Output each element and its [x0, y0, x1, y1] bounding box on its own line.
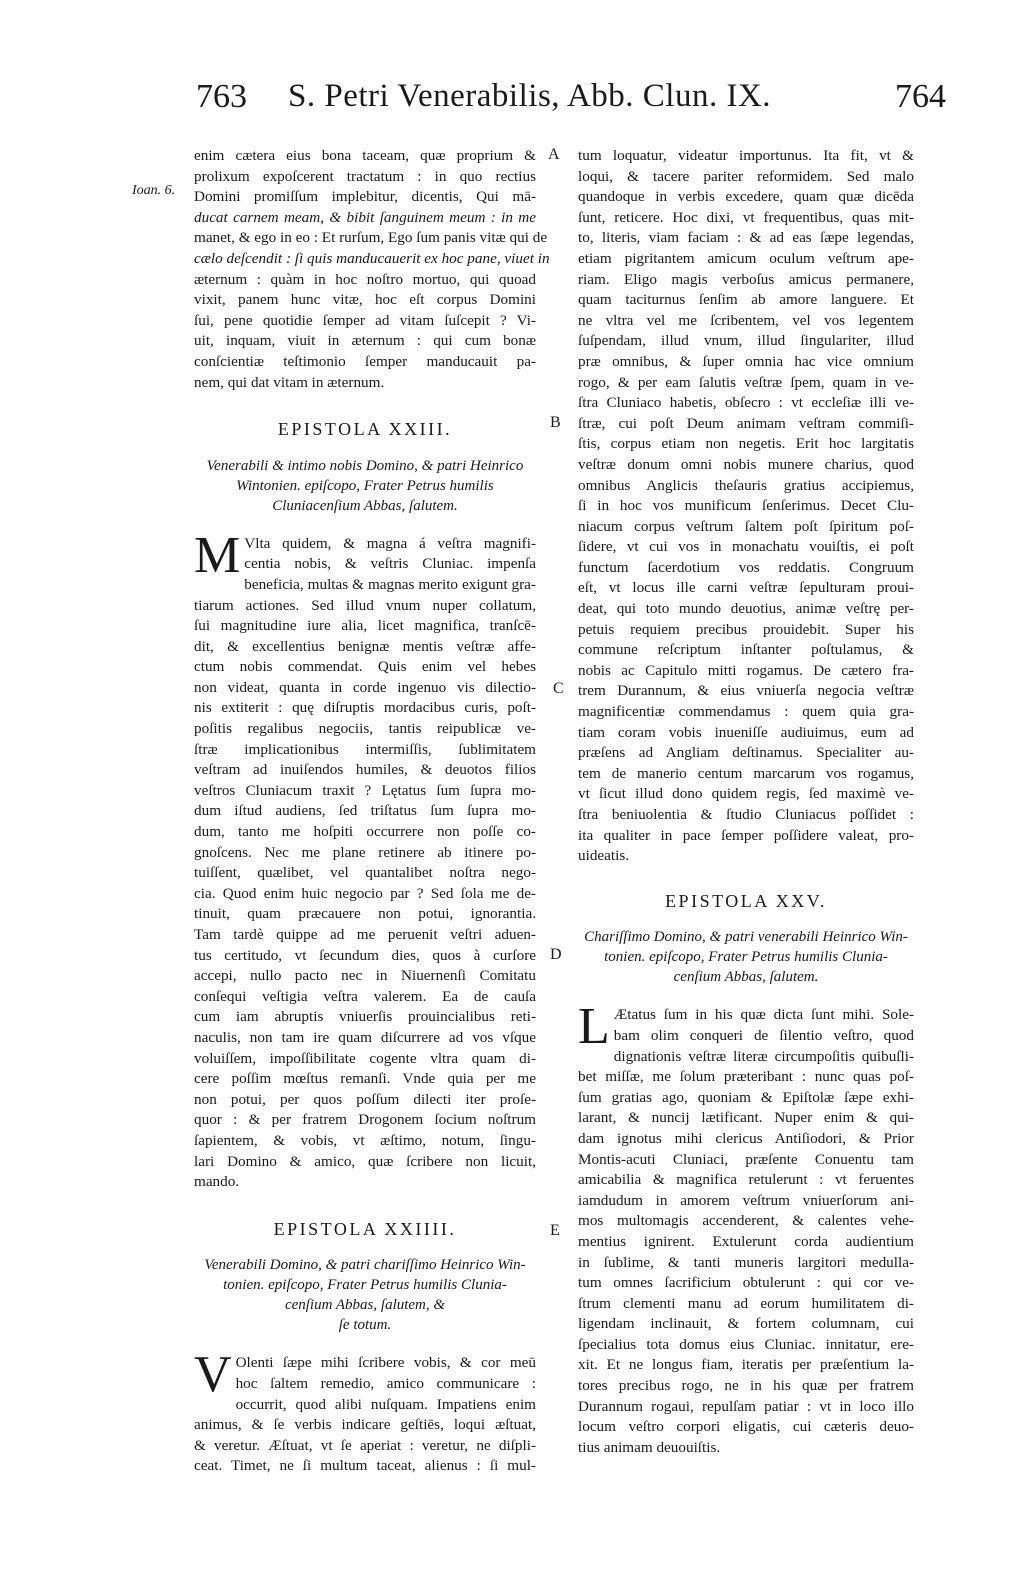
text-line: conſcientiæ teſtimonio ſemper manducauit…	[194, 352, 536, 373]
text-line: cælo deſcendit : ſi quis manducauerit ex…	[194, 249, 536, 270]
text-line: ſuſpendam, illud vnum, illud ſingularite…	[578, 331, 914, 352]
right-column: tum loquatur, videatur importunus. Ita f…	[578, 146, 914, 1458]
text-line: dum iſtud audiens, ſed triſtatus ſum ſup…	[194, 801, 536, 822]
text-line: cere poſſim mœſtus remanſi. Vnde quia pe…	[194, 1069, 536, 1090]
salutation-line: cenſium Abbas, ſalutem, &	[194, 1295, 536, 1315]
text-line: Durannum rogaui, repulſam patiar : vt in…	[578, 1397, 914, 1418]
text-line: bet miſſæ, me ſolum præteribant : nunc q…	[578, 1067, 914, 1088]
text-line: Montis-acuti Cluniaci, præſente Conuentu…	[578, 1150, 914, 1171]
text-line: ſapientem, & vobis, vt æſtimo, notum, ſi…	[194, 1131, 536, 1152]
epistola-24-salutation: Venerabili Domino, & patri chariſſimo He…	[194, 1255, 536, 1335]
text-line: hoc ſaltem remedio, amico communicare :	[194, 1374, 536, 1395]
salutation-line: tonien. epiſcopo, Frater Petrus humilis …	[194, 1275, 536, 1295]
text-line: tius animam deuouiſtis.	[578, 1438, 914, 1459]
text-line: amicabilia & magnifica retulerunt : vt f…	[578, 1170, 914, 1191]
text-line: naculis, non tam ire quam diſcurrere ad …	[194, 1028, 536, 1049]
text-line: ſui magnitudine iure alia, licet magnifi…	[194, 616, 536, 637]
text-line: vt ſicut illud dono quidem regis, ſed ma…	[578, 784, 914, 805]
text-line: mos multomagis accenderent, & calentes v…	[578, 1211, 914, 1232]
text-line: dit, & excellentius benignæ mentis veſtr…	[194, 637, 536, 658]
text-line: præ omnibus, & ſuper omnia hac vice omni…	[578, 352, 914, 373]
text-line: lari Domino & amico, quæ ſcribere non li…	[194, 1152, 536, 1173]
text-line: nobis ac Capitulo mitti rogamus. De cæte…	[578, 661, 914, 682]
continuation-paragraph: enim cætera eius bona taceam, quæ propri…	[194, 146, 536, 393]
text-line: nis extiterit : quę diſruptis mordacibus…	[194, 698, 536, 719]
text-line: bam olim conqueri de ſilentio veſtro, qu…	[578, 1026, 914, 1047]
text-line: voluiſſem, impoſſibilitate cogente vltra…	[194, 1049, 536, 1070]
text-line: ne vltra vel me ſcribentem, vel vos lege…	[578, 311, 914, 332]
text-line: dignationis veſtræ literæ circumpoſitis …	[578, 1047, 914, 1068]
text-line: petuis requiem precibus prouidebit. Supe…	[578, 620, 914, 641]
salutation-line: tonien. epiſcopo, Frater Petrus humilis …	[578, 947, 914, 967]
text-line: tinuit, quam præcauere non potui, ignora…	[194, 904, 536, 925]
text-line: niacum corpus veſtrum ſaltem poſt ſpirit…	[578, 517, 914, 538]
text-line: centia nobis, & veſtris Cluniac. impenſa	[194, 554, 536, 575]
text-line: loqui, & tacere pariter reformidem. Sed …	[578, 167, 914, 188]
text-line: ctum nobis commendat. Quis enim vel hebe…	[194, 657, 536, 678]
text-line: ligendam inclinauit, & fortem columnam, …	[578, 1314, 914, 1335]
text-line: gnoſcens. Nec me plane retinere ab itine…	[194, 843, 536, 864]
drop-cap: L	[578, 1007, 610, 1047]
text-line: tum loquatur, videatur importunus. Ita f…	[578, 146, 914, 167]
text-line: prolixum expoſcerent tractatum : in quo …	[194, 167, 536, 188]
text-line: Domini promiſſum implebitur, dicentis, Q…	[194, 187, 536, 208]
text-line: ita qualiter in pace ſemper poſſidere va…	[578, 826, 914, 847]
epistola-23-body: M Vlta quidem, & magna á veſtra magnifi-…	[194, 534, 536, 1193]
text-line: etiam pigritantem amicum oculum veſtrum …	[578, 249, 914, 270]
text-line: mentius ignirent. Extulerunt corda audie…	[578, 1232, 914, 1253]
page-number-right: 764	[895, 78, 946, 116]
margin-note-scripture-ref: Ioan. 6.	[132, 183, 175, 199]
text-line: tiam coram vobis inueniſſe audiuimus, eu…	[578, 723, 914, 744]
text-line: ſum gratias ago, quoniam & Epiſtolæ ſæpe…	[578, 1088, 914, 1109]
section-marker-a: A	[548, 146, 560, 164]
salutation-line: Wintonien. epiſcopo, Frater Petrus humil…	[194, 476, 536, 496]
page-header: 763 S. Petri Venerabilis, Abb. Clun. IX.…	[0, 78, 1024, 128]
section-marker-c: C	[553, 680, 564, 698]
text-line: cia. Quod enim huic negocio par ? Sed ſo…	[194, 884, 536, 905]
text-line: rogo, & per eam ſalutis veſtræ ſpem, qua…	[578, 373, 914, 394]
text-line: quam taciturnus ſenſim ab amore languere…	[578, 290, 914, 311]
text-line: to, literis, viam faciam : & ad eas ſæpe…	[578, 228, 914, 249]
text-line: in ſublime, & tanti muneris largitori me…	[578, 1253, 914, 1274]
continuation-paragraph: tum loquatur, videatur importunus. Ita f…	[578, 146, 914, 867]
text-line: functum ſacerdotium vos reddatis. Congru…	[578, 558, 914, 579]
text-line: nem, qui dat vitam in æternum.	[194, 373, 536, 394]
text-line: veſtræ donum omni nobis munere charius, …	[578, 455, 914, 476]
text-line: tum omnes ſacrificium obtulerunt : qui c…	[578, 1273, 914, 1294]
text-line: accepi, nullo pacto nec in Niuernenſi Co…	[194, 966, 536, 987]
text-line: commune reſcriptum inſtanter poſtulamus,…	[578, 640, 914, 661]
text-line: ſtis, corpus etiam non negetis. Erit hoc…	[578, 434, 914, 455]
text-line: Olenti ſæpe mihi ſcribere vobis, & cor m…	[194, 1353, 536, 1374]
text-line: ſui, pene quotidie ſemper ad vitam ſuſce…	[194, 311, 536, 332]
left-column: enim cætera eius bona taceam, quæ propri…	[194, 146, 536, 1477]
text-line: conſequi veſtigia veſtra valerem. Ea de …	[194, 987, 536, 1008]
text-line: uideatis.	[578, 846, 914, 867]
text-line: deat, qui toto mundo deuotius, animæ veſ…	[578, 599, 914, 620]
salutation-line: ſe totum.	[194, 1315, 536, 1335]
text-line: ſidere, vt cui vos in monachatu vouiſtis…	[578, 537, 914, 558]
text-line: ceat. Timet, ne ſi multum taceat, alienu…	[194, 1456, 536, 1477]
text-line: ſi in hoc vos munificum ſenſerimus. Dece…	[578, 496, 914, 517]
text-line: dam ignotus mihi clericus Antiſiodori, &…	[578, 1129, 914, 1150]
epistola-25-salutation: Chariſſimo Domino, & patri venerabili He…	[578, 927, 914, 987]
text-line: tores precibus rogo, ne in his quæ per f…	[578, 1376, 914, 1397]
epistola-23-heading: EPISTOLA XXIII.	[194, 419, 536, 440]
epistola-24-heading: EPISTOLA XXIIII.	[194, 1219, 536, 1240]
text-line: riam. Eligo magis verboſus amicus perman…	[578, 270, 914, 291]
text-line: Vlta quidem, & magna á veſtra magnifi-	[194, 534, 536, 555]
text-line: enim cætera eius bona taceam, quæ propri…	[194, 146, 536, 167]
text-line: tem de manerio centum marcarum vos rogam…	[578, 764, 914, 785]
text-line: cum iam abruptis vniuerſis prouincialibu…	[194, 1007, 536, 1028]
text-line: veſtram ad inuiſendos humiles, & deuotos…	[194, 760, 536, 781]
epistola-24-body: V Olenti ſæpe mihi ſcribere vobis, & cor…	[194, 1353, 536, 1477]
text-line: omnibus Anglicis theſauris gratius accip…	[578, 476, 914, 497]
text-line: non potui, per quos poſſum dilecti iter …	[194, 1090, 536, 1111]
text-line: præſens ad Angliam deſtinamus. Specialit…	[578, 743, 914, 764]
text-line: beneficia, multas & magnas merito exigun…	[194, 575, 536, 596]
text-line: non videat, quanta in corde ingenuo vis …	[194, 678, 536, 699]
text-line: iamdudum in amorem veſtrum vniuerſorum a…	[578, 1191, 914, 1212]
text-line: occurrit, quod alibi nuſquam. Impatiens …	[194, 1395, 536, 1416]
salutation-line: cenſium Abbas, ſalutem.	[578, 967, 914, 987]
text-line: manet, & ego in eo : Et rurſum, Ego ſum …	[194, 228, 536, 249]
text-line: Tam tardè quippe ad me peruenit veſtri a…	[194, 925, 536, 946]
text-line: ſtrum clementi manu ad eorum humilitatem…	[578, 1294, 914, 1315]
text-line: uit, inquam, viuit in æternum : qui cum …	[194, 331, 536, 352]
text-line: poſitis regalibus negociis, tantis reipu…	[194, 719, 536, 740]
text-line: tiarum actiones. Sed illud vnum nuper co…	[194, 596, 536, 617]
section-marker-d: D	[550, 946, 562, 964]
section-marker-b: B	[550, 414, 561, 432]
text-line: ſtræ implicationibus intermiſſis, ſublim…	[194, 740, 536, 761]
epistola-25-body: L Ætatus ſum in his quæ dicta ſunt mihi.…	[578, 1005, 914, 1458]
text-line: magnificentiæ commendamus : quem quia gr…	[578, 702, 914, 723]
text-line: ſpecialius tota domus eius Cluniac. inni…	[578, 1335, 914, 1356]
text-line: ſtra Cluniaco habetis, obſecro : vt eccl…	[578, 393, 914, 414]
text-line: & veretur. Æſtuat, vt ſe aperiat : veret…	[194, 1436, 536, 1457]
drop-cap: V	[194, 1355, 232, 1395]
text-line: larant, & nuncij lætificant. Nuper enim …	[578, 1108, 914, 1129]
salutation-line: Cluniacenſium Abbas, ſalutem.	[194, 496, 536, 516]
drop-cap: M	[194, 536, 240, 576]
text-line: æternum : quàm in hoc noſtro mortuo, qui…	[194, 270, 536, 291]
text-line: animus, & ſe verbis indicare geſtiēs, lo…	[194, 1415, 536, 1436]
text-line: locum veſtro corpori eligatis, cui cæter…	[578, 1417, 914, 1438]
text-line: tus certitudo, vt ſecundum dies, quos à …	[194, 946, 536, 967]
text-line: ſtra beniuolentia & ſtudio Cluniacus poſ…	[578, 805, 914, 826]
text-line: trem Durannum, & eius vniuerſa negocia v…	[578, 681, 914, 702]
section-marker-e: E	[550, 1222, 560, 1240]
salutation-line: Venerabili Domino, & patri chariſſimo He…	[194, 1255, 536, 1275]
text-line: quandoque in verbis excedere, quam quæ d…	[578, 187, 914, 208]
text-line: quor : & per fratrem Drogonem ſocium noſ…	[194, 1110, 536, 1131]
text-line: veſtros Cluniacum traxit ? Lętatus ſum ſ…	[194, 781, 536, 802]
text-line: ducat carnem meam, & bibit ſanguinem meu…	[194, 208, 536, 229]
salutation-line: Venerabili & intimo nobis Domino, & patr…	[194, 456, 536, 476]
text-line: Ætatus ſum in his quæ dicta ſunt mihi. S…	[578, 1005, 914, 1026]
epistola-25-heading: EPISTOLA XXV.	[578, 891, 914, 912]
salutation-line: Chariſſimo Domino, & patri venerabili He…	[578, 927, 914, 947]
page-number-left: 763	[196, 78, 247, 116]
text-line: eſt, vt locus ille carni veſtræ ſepultur…	[578, 578, 914, 599]
text-line: vixit, panem hunc vitæ, hoc eſt corpus D…	[194, 290, 536, 311]
text-line: mando.	[194, 1172, 536, 1193]
epistola-23-salutation: Venerabili & intimo nobis Domino, & patr…	[194, 456, 536, 516]
running-title: S. Petri Venerabilis, Abb. Clun. IX.	[288, 78, 771, 115]
text-line: xit. Et ne longus fiam, iteratis per præ…	[578, 1355, 914, 1376]
text-line: ſtræ, cui poſt Deum animam veſtram commi…	[578, 414, 914, 435]
text-line: dum, tanto me hoſpiti occurrere non poſſ…	[194, 822, 536, 843]
text-line: tuiſſent, quælibet, vel quantalibet noſt…	[194, 863, 536, 884]
text-line: ſunt, reticere. Hoc dixi, vt frequentibu…	[578, 208, 914, 229]
